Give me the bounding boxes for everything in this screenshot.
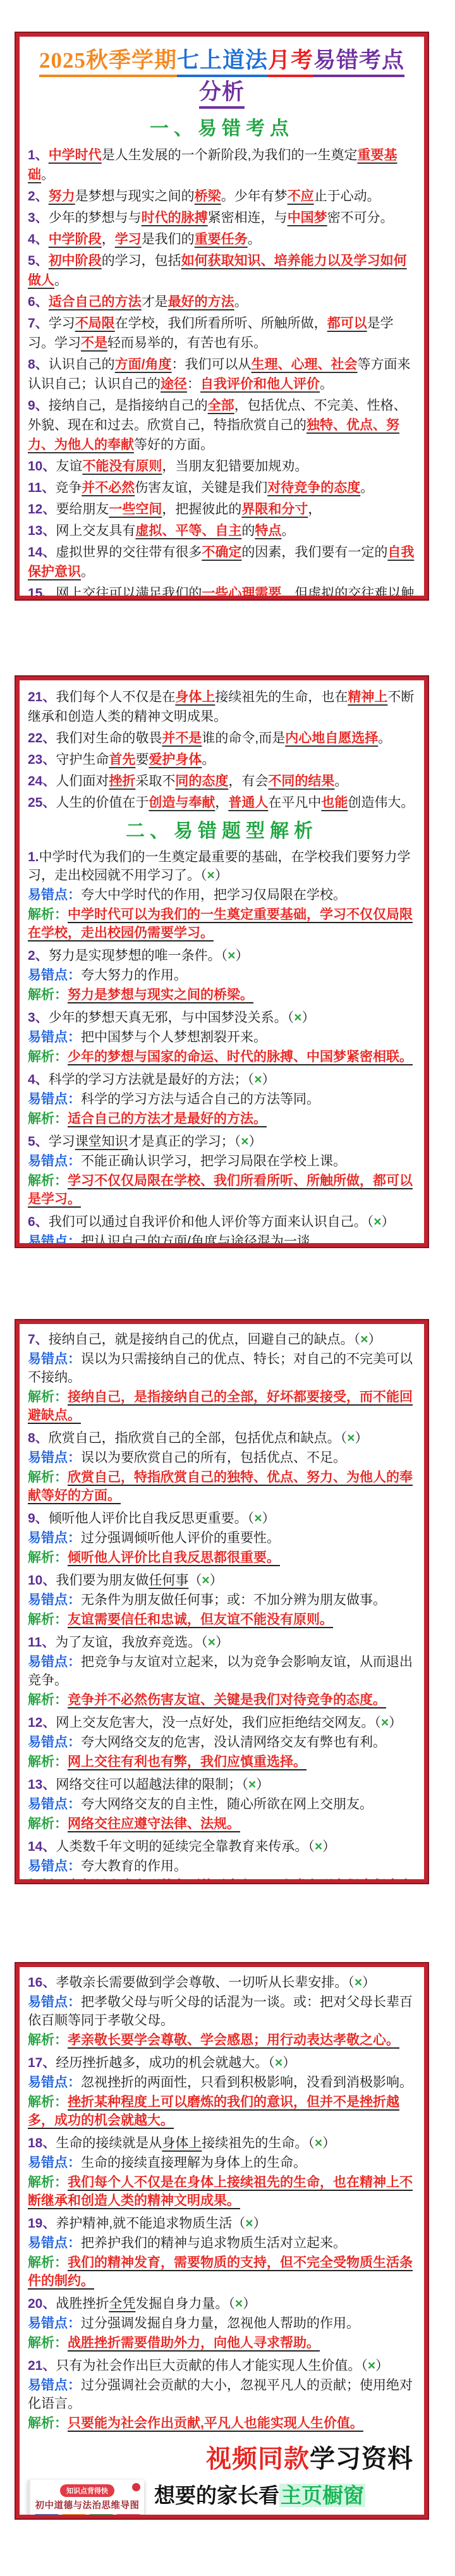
text-segment: 发掘自身力量。（ [135,2297,235,2311]
analysis-text: 少年的梦想与国家的命运、时代的脉搏、中国梦紧密相联。 [68,1050,413,1064]
text-segment: 只有为社会作出巨大贡献的伟人才能实现人生价值。（ [56,2358,368,2373]
analysis-label: 解析： [28,907,68,922]
analysis-text: 挫折某种程度上可以磨炼的我们的意识，但并不是挫折越多，成功的机会就越大。 [28,2095,399,2128]
keyword-highlight: 自我评价和他人评价 [200,377,320,391]
error-point-line: 易错点：过分强调发掘自身力量，忽视他人帮助的作用。 [28,2314,416,2333]
keyword-highlight: 努力 [49,189,75,204]
error-point-line: 易错点：把中国梦与个人梦想割裂开来。 [28,1028,416,1046]
error-point-line: 易错点：科学的学习方法与适合自己的方法等同。 [28,1090,416,1108]
text-segment: ） [282,2056,296,2070]
analysis-label: 解析： [28,2095,68,2109]
question-line: 8、欣赏自己，指欣赏自己的全部，包括优点和缺点。（×） [28,1429,416,1447]
keyword-highlight: 并不是 [162,731,202,745]
analysis-text: 战胜挫折需要借助外力，向他人寻求帮助。 [68,2336,320,2350]
text-segment: ） [262,1511,275,1526]
keyword-highlight: 中学时代 [49,148,102,163]
analysis-text: 网络交往应遵守法律、法规。 [68,1817,240,1831]
text-segment: 接纳自己，是指接纳自己的 [49,398,208,413]
text-segment: 我们每个人不仅是在 [56,690,175,704]
item-number: 11、 [28,481,55,495]
text-segment: 孝敬亲长需要做到学会尊敬、一切听从长辈安排。（ [56,1975,355,1990]
key-point-item: 9、接纳自己，是指接纳自己的全部，包括优点、不完美、性格、外貌、现在和过去。欣赏… [28,396,416,455]
book-chip: 知识考点 [34,2514,59,2518]
keyword-highlight: 中学阶段 [49,232,102,247]
page-title: 2025秋季学期七上道法月考易错考点分析 [28,43,416,106]
qa-list-1: 1.中学时代为我们的一生奠定最重要的基础，在学校我们要努力学习，走出校园就不用学… [28,848,416,1247]
promo-headline-part: 学习资料 [310,2445,413,2473]
item-number: 4、 [28,232,49,247]
analysis-label: 解析： [28,1612,68,1627]
text-segment: 养护精神,就不能追求物质生活（ [56,2216,245,2231]
keyword-highlight: 最好的方法 [168,295,234,309]
text-segment: 守护生命 [56,752,109,767]
text-segment: 生命的接续就是从 [56,2136,162,2150]
keyword-highlight: 中国梦 [288,211,327,225]
question-line: 7、接纳自己，就是接纳自己的优点，回避自己的缺点。（×） [28,1330,416,1349]
text-segment: 18、 [28,2136,56,2150]
text-segment: 接续祖先的生命，也在 [215,690,348,704]
error-point-line: 易错点：无条件为朋友做任何事；或：不加分辨为朋友做事。 [28,1591,416,1609]
text-segment: 友谊 [56,459,82,474]
text-segment: 网上交往可以满足我们的 [56,586,202,599]
error-point-label: 易错点： [28,1797,81,1812]
error-point-line: 易错点：误以为要欣赏自己的所有，包括优点、不足。 [28,1449,416,1467]
analysis-text: 欣赏自己，特指欣赏自己的独特、优点、努力、为他人的奉献等好的方面。 [28,1470,413,1503]
qa-block: 16、孝敬亲长需要做到学会尊敬、一切听从长辈安排。（×）易错点：把孝敬父母与听父… [28,1973,416,2049]
qa-block: 1.中学时代为我们的一生奠定最重要的基础，在学校我们要努力学习，走出校园就不用学… [28,848,416,942]
error-point-line: 易错点：夸大网络交友的自主性，随心所欲在网上交朋友。 [28,1795,416,1813]
analysis-line: 解析：友谊需要信任和忠诚，但友谊不能没有原则。 [28,1610,416,1629]
error-point-line: 易错点：误以为只需接纳自己的优点、特长；对自己的不完美可以不接纳。 [28,1350,416,1387]
keyword-highlight: 学习 [115,232,142,247]
error-point-line: 易错点：把认识自己的方面/角度与途径混为一谈。 [28,1232,416,1247]
analysis-text: 老师是人类文明的主要传承者之一，人类文明在很大程度上靠教育来传承，但不是全部。 [28,1879,413,1883]
keyword-highlight: 界限和分寸 [241,502,308,517]
text-segment: 人们面对 [56,774,109,788]
text-segment: ， [215,795,228,810]
text-segment: ） [362,1975,375,1990]
wrong-mark: × [294,1010,301,1025]
key-point-item: 8、认识自己的方面/角度：我们可以从生理、心理、社会等方面来认识自己；认识自己的… [28,355,416,394]
text-segment: 战胜挫折 [56,2297,109,2311]
key-point-item: 22、我们对生命的敬畏并不是谁的命令,而是内心地自愿选择。 [28,728,416,748]
keyword-highlight: 并不必然 [82,481,135,495]
promo-line-part: 选中小学教辅图书 [154,2515,321,2518]
question-line: 4、科学的学习方法就是最好的方法；（×） [28,1070,416,1089]
keyword-highlight: 不应 [288,189,314,204]
text-segment: 才是真正的学习；（ [128,1134,241,1149]
text-segment: 21、 [28,2358,56,2373]
question-line: 21、只有为社会作出巨大贡献的伟人才能实现人生价值。（×） [28,2357,416,2375]
title-part: 七上道法 [177,48,268,77]
content-box-4: 16、孝敬亲长需要做到学会尊敬、一切听从长辈安排。（×）易错点：把孝敬父母与听父… [16,1963,428,2518]
item-number: 13、 [28,524,56,538]
text-segment: 创造伟大。 [348,795,414,810]
analysis-text: 倾听他人评价比自我反思都很重要。 [68,1550,280,1565]
text-segment: 的因素，我们要有一定的 [241,545,387,560]
text-segment: ，当朋友犯错要加规劝。 [162,459,308,474]
item-number: 23、 [28,752,56,767]
error-point-line: 易错点：夸大中学时代的作用，把学习仅局限在学校。 [28,886,416,904]
question-line: 13、网络交往可以超越法律的限制；（×） [28,1776,416,1794]
promo-line-part: 主页橱窗 [279,2484,365,2507]
keyword-highlight: 适合自己的方法 [49,295,142,309]
item-number: 1、 [28,148,49,163]
item-number: 25、 [28,795,56,810]
text-segment: 。 [378,731,391,745]
keyword-highlight: 方面/角度 [115,357,172,372]
text-segment: ） [215,1635,229,1650]
title-part: 月考 [268,48,313,77]
analysis-text: 适合自己的方法才是最好的方法。 [68,1112,267,1126]
keyword-highlight: 不是 [81,336,107,350]
text-segment: 17、 [28,2056,56,2070]
error-point-line: 易错点：夸大努力的作用。 [28,966,416,984]
key-point-item: 11、竞争并不必然伤害友谊，关键是我们对待竞争的态度。 [28,478,416,498]
promo-line: 想要的家长看主页橱窗 [154,2480,365,2512]
analysis-label: 解析： [28,2336,68,2350]
keyword-highlight: 桥梁 [195,189,221,204]
promo-block: 视频同款学习资料 知识点背得快 初中道德与法治思维导图 知识考点重点精讲预习复习… [28,2439,416,2518]
wrong-mark: × [235,2297,243,2311]
text-segment: 欣赏自己，指欣赏自己的全部，包括优点和缺点。（ [49,1431,348,1445]
text-segment: ） [322,1839,336,1854]
key-point-item: 25、人生的价值在于创造与奉献，普通人在平凡中也能创造伟大。 [28,793,416,813]
promo-line: 选中小学教辅图书 [154,2512,365,2518]
wrong-mark: × [202,1573,209,1588]
analysis-line: 解析：学习不仅仅局限在学校、我们所看所听、所触所做，都可以是学习。 [28,1172,416,1208]
analysis-label: 解析： [28,2255,68,2270]
qa-block: 9、倾听他人评价比自我反思更重要。（×）易错点：过分强调倾听他人评价的重要性。解… [28,1509,416,1567]
qa-block: 12、网上交友危害大，没一点好处，我们应拒绝结交网友。（×）易错点：夸大网络交友… [28,1714,416,1771]
keyword-highlight: 不局限 [75,316,115,331]
question-line: 17、经历挫折越多，成功的机会就越大。（×） [28,2054,416,2072]
error-point-label: 易错点： [28,888,81,902]
text-segment: 人类数千年文明的延续完全靠教育来传承。（ [56,1839,315,1854]
error-point-label: 易错点： [28,2378,81,2393]
qa-block: 4、科学的学习方法就是最好的方法；（×）易错点：科学的学习方法与适合自己的方法等… [28,1070,416,1128]
wrong-mark: × [315,1839,322,1854]
keyword-highlight: 特点 [255,524,281,538]
keyword-highlight: 一些心理需要 [202,586,281,599]
item-number: 6、 [28,295,49,309]
text-segment: 紧密相连，与 [208,211,288,225]
text-segment: 全凭 [109,2297,135,2311]
content-box-2: 21、我们每个人不仅是在身体上接续祖先的生命，也在精神上不断继承和创造人类的精神… [16,677,428,1247]
error-point-label: 易错点： [28,2316,81,2331]
wrong-mark: × [275,2056,282,2070]
analysis-text: 学习不仅仅局限在学校、我们所看所听、所触所做，都可以是学习。 [28,1174,413,1206]
analysis-label: 解析： [28,988,68,1002]
error-point-line: 易错点：把养护我们的精神与追求物质生活对立起来。 [28,2234,416,2252]
item-number: 24、 [28,774,56,788]
qa-block: 7、接纳自己，就是接纳自己的优点，回避自己的缺点。（×）易错点：误以为只需接纳自… [28,1330,416,1425]
error-point-label: 易错点： [28,1655,81,1669]
promo-lines: 想要的家长看主页橱窗选中小学教辅图书全网搜“帝源教育” [154,2480,365,2518]
analysis-label: 解析： [28,1050,68,1064]
text-segment: 要 [135,752,149,767]
text-segment: 采取不 [135,774,175,788]
analysis-label: 解析： [28,2033,68,2047]
analysis-label: 解析： [28,1550,68,1565]
text-segment: 。 [54,273,68,288]
text-segment: 10、 [28,1573,56,1588]
keyword-highlight: 首先 [109,752,135,767]
question-line: 19、养护精神,就不能追求物质生活（×） [28,2214,416,2233]
book-badge: 知识点背得快 [60,2484,114,2497]
question-line: 18、生命的接续就是从身体上接续祖先的生命。（×） [28,2134,416,2152]
text-segment: 任何事 [149,1573,188,1588]
content-box-1: 2025秋季学期七上道法月考易错考点分析 一、易错考点 1、中学时代是人生发展的… [16,33,428,599]
item-number: 7、 [28,316,49,331]
keyword-highlight: 内心地自愿选择 [285,731,378,745]
text-segment: ） [210,1573,223,1588]
analysis-text: 我们每个人不仅是在身体上接续祖先的生命，也在精神上不断继承和创造人类的精神文明成… [28,2175,413,2208]
key-points-list-2: 21、我们每个人不仅是在身体上接续祖先的生命，也在精神上不断继承和创造人类的精神… [28,687,416,813]
text-segment: 7、 [28,1332,49,1347]
item-number: 22、 [28,731,56,745]
text-segment: 伤害友谊，关键是我们 [135,481,267,495]
text-segment: 。 [248,232,261,247]
keyword-highlight: 初中阶段 [49,254,102,268]
text-segment: 在平凡中 [268,795,321,810]
qa-block: 6、我们可以通过自我评价和他人评价等方面来认识自己。（×）易错点：把认识自己的方… [28,1213,416,1247]
qa-list-2: 7、接纳自己，就是接纳自己的优点，回避自己的缺点。（×）易错点：误以为只需接纳自… [28,1330,416,1883]
wrong-mark: × [207,868,215,883]
wrong-mark: × [227,948,235,963]
analysis-line: 解析：我们的精神发育，需要物质的支持，但不完全受物质生活条件的制约。 [28,2254,416,2290]
wrong-mark: × [381,1715,389,1730]
key-point-item: 4、中学阶段，学习是我们的重要任务。 [28,230,416,249]
text-segment: ） [253,2216,266,2231]
wrong-mark: × [208,1635,215,1650]
text-segment: 网络交往可以超越法律的限制；（ [56,1777,248,1792]
error-point-label: 易错点： [28,2075,81,2090]
item-number: 10、 [28,459,56,474]
text-segment: 竞争 [55,481,82,495]
text-segment: 少年的梦想与与 [49,211,142,225]
analysis-label: 解析： [28,1693,68,1707]
promo-headline: 视频同款学习资料 [28,2439,416,2475]
text-segment: 少年的梦想天真无邪，与中国梦没关系。（ [49,1010,294,1025]
text-segment: 2、 [28,948,49,963]
text-segment: 等好的方面。 [134,438,214,452]
promo-line-part: 想要的家长看 [154,2484,279,2507]
analysis-label: 解析： [28,1470,68,1485]
qa-block: 5、学习课堂知识才是真正的学习；（×）易错点：不能正确认识学习，把学习局限在学校… [28,1132,416,1208]
text-segment: ） [215,868,228,883]
item-number: 3、 [28,211,49,225]
analysis-line: 解析：少年的梦想与国家的命运、时代的脉搏、中国梦紧密相联。 [28,1048,416,1066]
text-segment: 14、 [28,1839,56,1854]
text-segment: 的 [241,524,255,538]
keyword-highlight: 爱护身体 [149,752,202,767]
text-segment: 要给朋友 [56,502,109,517]
question-line: 5、学习课堂知识才是真正的学习；（×） [28,1132,416,1151]
keyword-highlight: 途径 [161,377,187,391]
text-segment: 。 [334,774,348,788]
text-segment: 。 [360,481,373,495]
qa-block: 10、我们要为朋友做任何事（×）易错点：无条件为朋友做任何事；或：不加分辨为朋友… [28,1571,416,1629]
text-segment: 人生的价值在于 [56,795,149,810]
title-part: 2025秋季学期 [39,48,177,77]
text-segment: 科学的学习方法就是最好的方法；（ [49,1072,255,1087]
text-segment: 19、 [28,2216,56,2231]
wrong-mark: × [360,1332,368,1347]
analysis-line: 解析：孝亲敬长要学会尊敬、学会感恩；用行动表达孝敬之心。 [28,2031,416,2049]
error-point-label: 易错点： [28,1735,81,1750]
key-point-item: 21、我们每个人不仅是在身体上接续祖先的生命，也在精神上不断继承和创造人类的精神… [28,687,416,727]
qa-block: 21、只有为社会作出巨大贡献的伟人才能实现人生价值。（×）易错点：过分强调社会贡… [28,2357,416,2432]
error-point-label: 易错点： [28,2236,81,2250]
analysis-line: 解析：只要能为社会作出贡献,平凡人也能实现人生价值。 [28,2414,416,2432]
key-point-item: 10、友谊不能没有原则，当朋友犯错要加规劝。 [28,457,416,476]
text-segment: （ [188,1573,202,1588]
text-segment: ） [262,1072,275,1087]
analysis-line: 解析：中学时代可以为我们的一生奠定重要基础，学习不仅仅局限在学校，走出校园仍需要… [28,905,416,942]
keyword-highlight: 虚拟、平等、自主 [135,524,241,538]
section1-heading: 一、易错考点 [28,113,416,140]
analysis-line: 解析：接纳自己，是指接纳自己的全部，好坏都要接受，而不能回避缺点。 [28,1388,416,1425]
item-number: 2、 [28,189,49,204]
book-chip: 一课一练 [116,2514,141,2518]
keyword-highlight: 精神上 [348,690,387,704]
qa-list-3: 16、孝敬亲长需要做到学会尊敬、一切听从长辈安排。（×）易错点：把孝敬父母与听父… [28,1973,416,2432]
keyword-highlight: 不确定 [202,545,241,560]
qa-block: 3、少年的梦想天真无邪，与中国梦没关系。（×）易错点：把中国梦与个人梦想割裂开来… [28,1009,416,1066]
wrong-mark: × [355,1975,362,1990]
item-number: 8、 [28,357,49,372]
analysis-label: 解析： [28,1174,68,1188]
text-segment: 为了友谊，我放弃竞选。（ [55,1635,208,1650]
text-segment: ） [301,1010,315,1025]
question-line: 9、倾听他人评价比自我反思更重要。（×） [28,1509,416,1528]
analysis-line: 解析：网上交往有利也有弊，我们应慎重选择。 [28,1753,416,1771]
error-point-line: 易错点：不能正确认识学习，把学习局限在学校上课。 [28,1152,416,1170]
text-segment: 5、 [28,1134,49,1149]
text-segment: 轻而易举的，有苦也有乐。 [107,336,267,350]
keyword-highlight: 不同的结果 [268,774,334,788]
wrong-mark: × [254,1511,262,1526]
text-segment: 20、 [28,2297,56,2311]
error-point-line: 易错点：把竞争与友谊对立起来，以为竞争会影响友谊，从而退出竞争。 [28,1653,416,1690]
text-segment: 1. [28,850,39,864]
key-point-item: 14、虚拟世界的交往带有很多不确定的因素，我们要有一定的自我保护意识。 [28,543,416,582]
text-segment: ： [187,377,200,391]
error-point-label: 易错点： [28,1092,81,1107]
text-segment: 网上交友具有 [56,524,135,538]
wrong-mark: × [373,1215,381,1229]
error-point-line: 易错点：忽视挫折的两面性，只看到积极影响，没看到消极影响。 [28,2073,416,2092]
key-point-item: 7、学习不局限在学校，我们所看所听、所触所做，都可以是学习。学习不是轻而易举的，… [28,314,416,353]
analysis-line: 解析：老师是人类文明的主要传承者之一，人类文明在很大程度上靠教育来传承，但不是全… [28,1877,416,1883]
text-segment: 。 [81,565,94,579]
text-segment: 认识自己的 [49,357,115,372]
error-point-label: 易错点： [28,968,81,983]
question-line: 6、我们可以通过自我评价和他人评价等方面来认识自己。（×） [28,1213,416,1231]
item-number: 9、 [28,398,49,413]
text-segment: ，把握彼此的 [162,502,241,517]
text-segment: 的学习，包括 [102,254,181,268]
text-segment: 9、 [28,1511,49,1526]
item-number: 15、 [28,586,56,599]
error-point-line: 易错点：把孝敬父母与听父母的话混为一谈。或：把对父母长辈百依百顺等同于孝敬父母。 [28,1993,416,2030]
keyword-highlight: 也能 [321,795,348,810]
key-point-item: 3、少年的梦想与与时代的脉搏紧密相连，与中国梦密不可分。 [28,208,416,228]
qa-block: 18、生命的接续就是从身体上接续祖先的生命。（×）易错点：生命的接续直接理解为身… [28,2134,416,2210]
item-number: 21、 [28,690,56,704]
text-segment: 倾听他人评价比自我反思更重要。（ [49,1511,255,1526]
error-point-line: 易错点：夸大网络交友的危害，没认清网络交友有弊也有利。 [28,1733,416,1751]
question-line: 12、网上交友危害大，没一点好处，我们应拒绝结交网友。（×） [28,1714,416,1732]
text-segment: 止于心动。 [314,189,380,204]
text-segment: ） [243,2297,256,2311]
text-segment: 16、 [28,1975,56,1990]
text-segment: ：我们可以从 [172,357,252,372]
analysis-text: 竞争并不必然伤害友谊、关键是我们对待竞争的态度。 [68,1693,386,1707]
text-segment: ，有会 [228,774,268,788]
keyword-highlight: 同的态度 [175,774,228,788]
error-point-label: 易错点： [28,1234,81,1247]
text-segment: ） [322,2136,336,2150]
key-point-item: 6、适合自己的方法才是最好的方法。 [28,292,416,312]
analysis-text: 孝亲敬长要学会尊敬、学会感恩；用行动表达孝敬之心。 [68,2033,399,2047]
book-cover: 知识点背得快 初中道德与法治思维导图 知识考点重点精讲预习复习一课一练 主编 知… [28,2480,144,2518]
promo-headline-part: 视频同款 [206,2445,310,2473]
analysis-text: 我们的精神发育，需要物质的支持，但不完全受物质生活条件的制约。 [28,2255,413,2288]
wrong-mark: × [248,1777,256,1792]
analysis-line: 解析：倾听他人评价比自我反思都很重要。 [28,1549,416,1567]
text-segment: ） [368,1332,381,1347]
analysis-text: 只要能为社会作出贡献,平凡人也能实现人生价值。 [68,2416,363,2431]
text-segment: 。 [234,295,248,309]
error-point-line: 易错点：夸大教育的作用。 [28,1857,416,1875]
text-segment: ） [235,948,248,963]
analysis-line: 解析：欣赏自己，特指欣赏自己的独特、优点、努力、为他人的奉献等好的方面。 [28,1468,416,1505]
analysis-text: 中学时代可以为我们的一生奠定重要基础，学习不仅仅局限在学校，走出校园仍需要学习。 [28,907,413,940]
text-segment: 经历挫折越多，成功的机会就越大。（ [56,2056,275,2070]
text-segment: 才是 [142,295,168,309]
text-segment: 网上交友危害大，没一点好处，我们应拒绝结交网友。（ [56,1715,381,1730]
text-segment: 我们对生命的敬畏 [56,731,162,745]
wrong-mark: × [347,1431,355,1445]
error-point-label: 易错点： [28,1995,81,2009]
text-segment: 在学校，我们所看所听、所触所做， [115,316,327,331]
question-line: 11、为了友谊，我放弃竞选。（×） [28,1633,416,1652]
book-chip: 重点精讲 [61,2514,87,2518]
error-point-label: 易错点： [28,1531,81,1545]
text-segment: 。 [41,168,54,182]
wrong-mark: × [245,2216,253,2231]
text-segment: 是梦想与现实之间的 [75,189,195,204]
analysis-line: 解析：努力是梦想与现实之间的桥梁。 [28,986,416,1004]
text-segment: 3、 [28,1010,49,1025]
text-segment: 虚拟世界的交往带有很多 [56,545,202,560]
text-segment: 身体上 [162,2136,202,2150]
question-line: 14、人类数千年文明的延续完全靠教育来传承。（×） [28,1837,416,1856]
text-segment: 12、 [28,1715,56,1730]
analysis-label: 解析： [28,2416,68,2431]
text-segment: 谁的命令,而是 [202,731,285,745]
key-point-item: 15、网上交往可以满足我们的一些心理需要，但虚拟的交往难以触摸到生活中的真实。 [28,584,416,599]
keyword-highlight: 对待竞争的态度 [267,481,360,495]
qa-block: 17、经历挫折越多，成功的机会就越大。（×）易错点：忽视挫折的两面性，只看到积极… [28,2054,416,2130]
keyword-highlight: 身体上 [175,690,215,704]
text-segment: ） [256,1777,269,1792]
text-segment: 是我们的 [142,232,195,247]
key-point-item: 12、要给朋友一些空间，把握彼此的界限和分寸， [28,500,416,519]
keyword-highlight: 时代的脉搏 [142,211,208,225]
